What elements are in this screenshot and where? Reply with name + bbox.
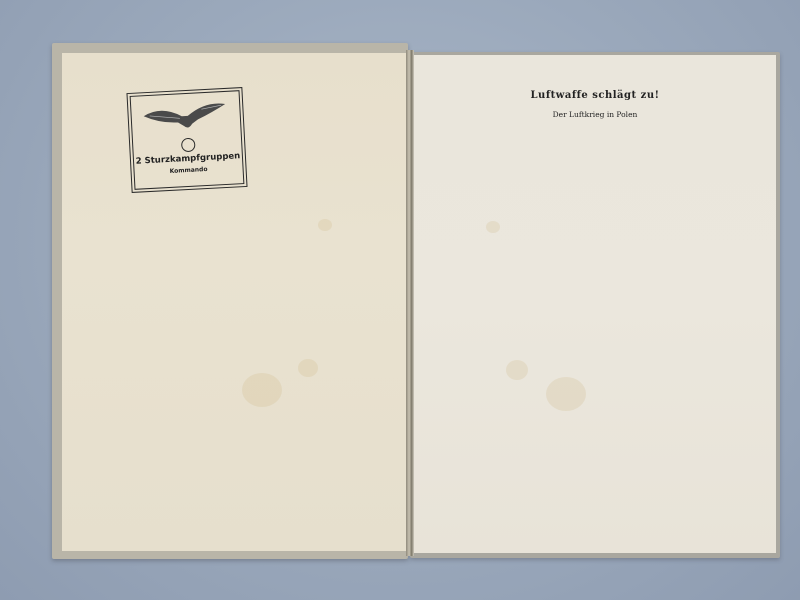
foxing-spot <box>298 359 318 377</box>
stamp-command-text: Kommando <box>134 164 242 177</box>
foxing-spot <box>318 219 332 231</box>
eagle-icon <box>141 98 229 140</box>
emblem-placeholder-icon <box>181 138 196 153</box>
unit-stamp: 2 Sturzkampfgruppen Kommando <box>130 90 245 190</box>
foxing-spot <box>242 373 282 407</box>
foxing-spot <box>486 221 500 233</box>
book-subtitle: Der Luftkrieg in Polen <box>414 110 776 119</box>
right-page <box>414 55 776 553</box>
book-title: Luftwaffe schlägt zu! <box>414 90 776 101</box>
foxing-spot <box>506 360 528 380</box>
book-spine-gutter <box>406 50 414 556</box>
foxing-spot <box>546 377 586 411</box>
